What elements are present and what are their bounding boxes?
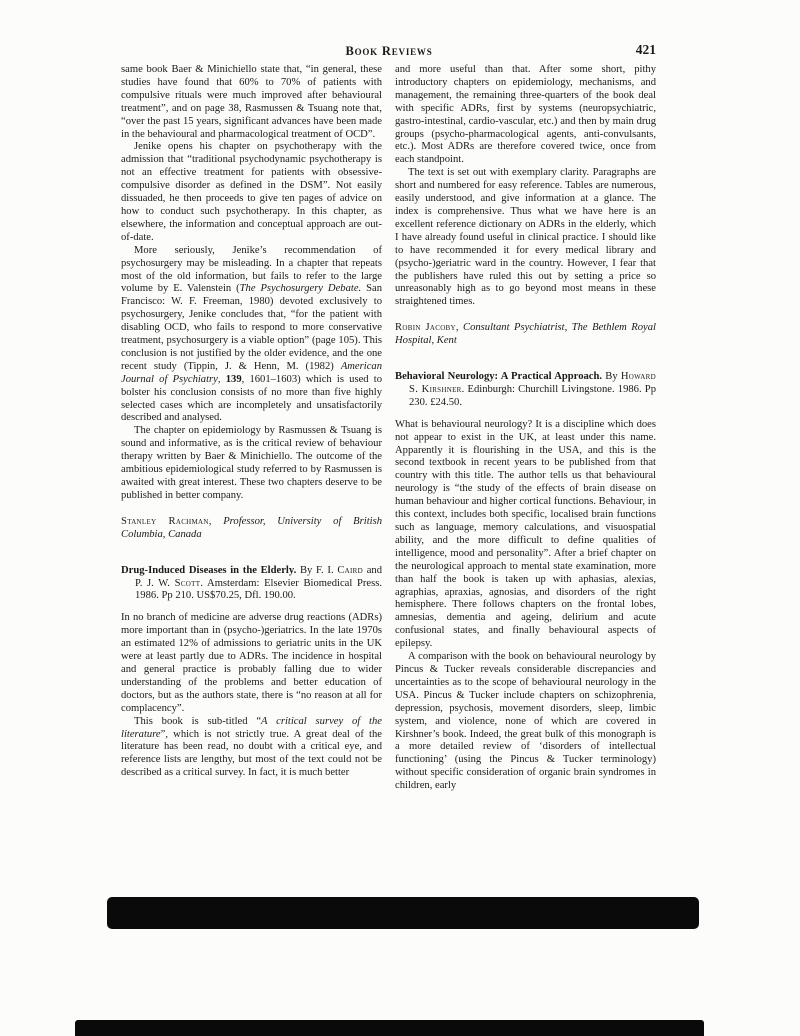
scan-artifact-bar-top <box>107 897 699 929</box>
text-run: The text is set out with exemplary clari… <box>395 167 656 307</box>
paragraph: The chapter on epidemiology by Rasmussen… <box>121 425 382 502</box>
text-run: A comparison with the book on behavioura… <box>395 651 656 791</box>
text-run: ”, which is not strictly true. A great d… <box>121 729 382 779</box>
text-run: and more useful than that. After some sh… <box>395 64 656 165</box>
smallcaps-text-run: Robin Jacoby <box>395 322 456 333</box>
bold-text-run: 139 <box>226 374 242 385</box>
left-column: same book Baer & Minichiello state that,… <box>121 64 382 780</box>
text-run: same book Baer & Minichiello state that,… <box>121 64 382 140</box>
italic-text-run: The Psychosurgery Debate. <box>240 283 362 294</box>
paragraph: More seriously, Jenike’s recommendation … <box>121 245 382 426</box>
bold-text-run: Drug-Induced Diseases in the Elderly. <box>121 565 296 576</box>
text-run: By F. I. <box>296 565 337 576</box>
book-heading: Behavioral Neurology: A Practical Approa… <box>395 371 656 410</box>
paragraph: In no branch of medicine are adverse dru… <box>121 612 382 715</box>
text-run: Jenike opens his chapter on psychotherap… <box>121 141 382 242</box>
paragraph: and more useful than that. After some sh… <box>395 64 656 167</box>
text-run: , <box>218 374 226 385</box>
text-run: The chapter on epidemiology by Rasmussen… <box>121 425 382 501</box>
paragraph: Jenike opens his chapter on psychotherap… <box>121 141 382 244</box>
scan-artifact-bar-bottom <box>75 1020 704 1036</box>
bold-text-run: Behavioral Neurology: A Practical Approa… <box>395 371 602 382</box>
smallcaps-text-run: Stanley Rachman <box>121 516 209 527</box>
text-run: , <box>209 516 223 527</box>
text-run: By <box>602 371 621 382</box>
text-run: , <box>456 322 463 333</box>
text-run: San Francisco: W. F. Freeman, 1980) devo… <box>121 283 382 371</box>
scanned-journal-page: Book Reviews 421 same book Baer & Minich… <box>0 0 800 1036</box>
smallcaps-text-run: Caird <box>337 565 363 576</box>
paragraph: same book Baer & Minichiello state that,… <box>121 64 382 141</box>
page-number: 421 <box>395 42 656 58</box>
right-column: and more useful than that. After some sh… <box>395 64 656 793</box>
signature: Stanley Rachman, Professor, University o… <box>121 516 382 542</box>
paragraph: This book is sub-titled “A critical surv… <box>121 716 382 781</box>
paragraph: The text is set out with exemplary clari… <box>395 167 656 309</box>
text-run: This book is sub-titled “ <box>134 716 261 727</box>
paragraph: A comparison with the book on behavioura… <box>395 651 656 793</box>
paragraph: What is behavioural neurology? It is a d… <box>395 419 656 651</box>
signature: Robin Jacoby, Consultant Psychiatrist, T… <box>395 322 656 348</box>
book-heading: Drug-Induced Diseases in the Elderly. By… <box>121 565 382 604</box>
text-run: What is behavioural neurology? It is a d… <box>395 419 656 649</box>
smallcaps-text-run: Scott <box>175 578 201 589</box>
text-run: In no branch of medicine are adverse dru… <box>121 612 382 713</box>
